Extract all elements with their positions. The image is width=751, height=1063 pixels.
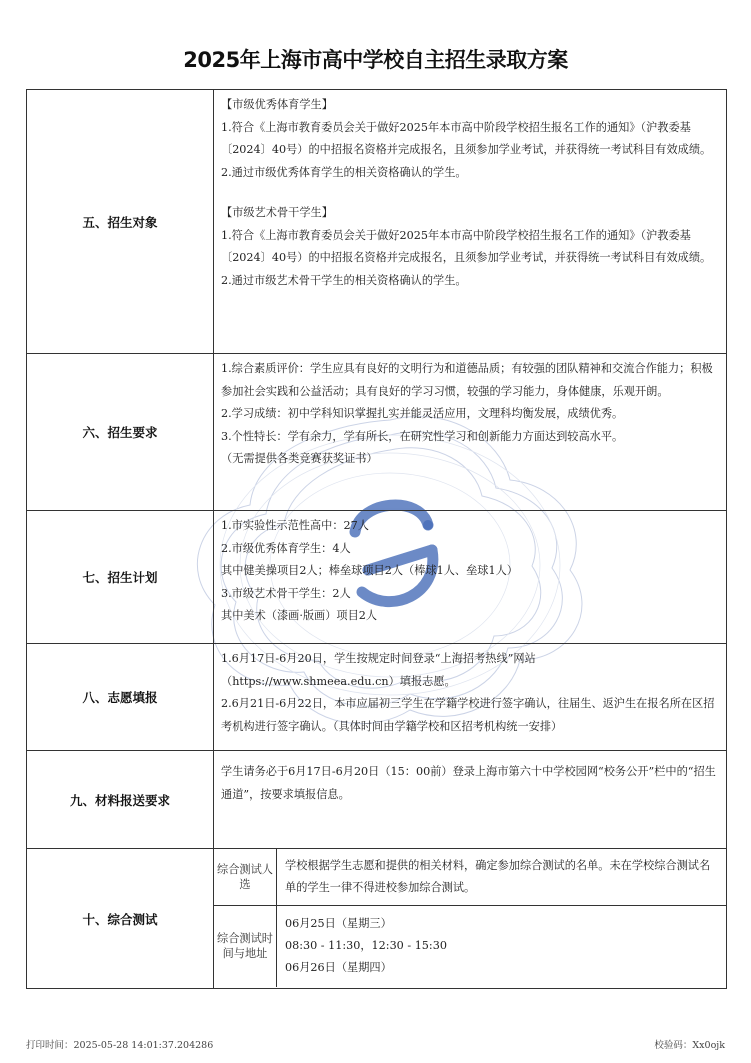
content-line: 08:30 - 11:30，12:30 - 15:30 bbox=[285, 935, 718, 957]
section-label: 六、招生要求 bbox=[27, 354, 214, 511]
section-row-application: 八、志愿填报 1.6月17日-6月20日，学生按规定时间登录“上海招考热线”网站… bbox=[27, 644, 727, 751]
content-line: 3.个性特长：学有余力，学有所长，在研究性学习和创新能力方面达到较高水平。 bbox=[221, 426, 718, 449]
subrow-content: 学校根据学生志愿和提供的相关材料，确定参加综合测试的名单。未在学校综合测试名单的… bbox=[277, 849, 727, 905]
section-content: 【市级优秀体育学生】 1.符合《上海市教育委员会关于做好2025年本市高中阶段学… bbox=[214, 90, 727, 354]
section-row-enrollment-plan: 七、招生计划 1.市实验性示范性高中：27人 2.市级优秀体育学生：4人 其中健… bbox=[27, 511, 727, 644]
group-heading: 【市级艺术骨干学生】 bbox=[221, 202, 718, 225]
content-line: 3.市级艺术骨干学生：2人 bbox=[221, 583, 718, 606]
content-line: 06月25日（星期三） bbox=[285, 913, 718, 935]
content-line: （无需提供各类竞赛获奖证书） bbox=[221, 448, 718, 471]
comprehensive-test-subtable: 综合测试人选 学校根据学生志愿和提供的相关材料，确定参加综合测试的名单。未在学校… bbox=[214, 849, 726, 987]
content-line: 1.市实验性示范性高中：27人 bbox=[221, 515, 718, 538]
section-label: 九、材料报送要求 bbox=[27, 751, 214, 849]
admission-plan-table: 五、招生对象 【市级优秀体育学生】 1.符合《上海市教育委员会关于做好2025年… bbox=[26, 89, 727, 989]
content-line: 2.6月21日-6月22日，本市应届初三学生在学籍学校进行签字确认，往届生、返沪… bbox=[221, 693, 718, 738]
section-content: 1.6月17日-6月20日，学生按规定时间登录“上海招考热线”网站 （https… bbox=[214, 644, 727, 751]
section-content: 1.市实验性示范性高中：27人 2.市级优秀体育学生：4人 其中健美操项目2人；… bbox=[214, 511, 727, 644]
content-line: （https://www.shmeea.edu.cn）填报志愿。 bbox=[221, 671, 718, 694]
section-label: 八、志愿填报 bbox=[27, 644, 214, 751]
page-title: 2025年上海市高中学校自主招生录取方案 bbox=[0, 44, 751, 74]
content-line: 学生请务必于6月17日-6月20日（15：00前）登录上海市第六十中学校园网“校… bbox=[221, 761, 718, 806]
subrow-time-location: 综合测试时间与地址 06月25日（星期三） 08:30 - 11:30，12:3… bbox=[214, 905, 726, 987]
content-line: 2.通过市级优秀体育学生的相关资格确认的学生。 bbox=[221, 162, 718, 185]
content-line: 其中美术（漆画·版画）项目2人 bbox=[221, 605, 718, 628]
content-line: 2.学习成绩：初中学科知识掌握扎实并能灵活应用，文理科均衡发展，成绩优秀。 bbox=[221, 403, 718, 426]
subrow-content: 06月25日（星期三） 08:30 - 11:30，12:30 - 15:30 … bbox=[277, 905, 727, 987]
section-label: 七、招生计划 bbox=[27, 511, 214, 644]
content-line: 1.6月17日-6月20日，学生按规定时间登录“上海招考热线”网站 bbox=[221, 648, 718, 671]
print-time: 打印时间：2025-05-28 14:01:37.204286 bbox=[26, 1037, 213, 1051]
section-row-requirements: 六、招生要求 1.综合素质评价：学生应具有良好的文明行为和道德品质；有较强的团队… bbox=[27, 354, 727, 511]
content-line: 其中健美操项目2人；棒垒球项目2人（棒球1人、垒球1人） bbox=[221, 560, 718, 583]
check-code: 校验码：Xx0ojk bbox=[654, 1037, 725, 1051]
content-line: 2.通过市级艺术骨干学生的相关资格确认的学生。 bbox=[221, 270, 718, 293]
content-line: 学校根据学生志愿和提供的相关材料，确定参加综合测试的名单。未在学校综合测试名单的… bbox=[285, 855, 718, 899]
content-line: 1.符合《上海市教育委员会关于做好2025年本市高中阶段学校招生报名工作的通知》… bbox=[221, 117, 718, 162]
content-line: 06月26日（星期四） bbox=[285, 957, 718, 979]
section-row-comprehensive-test: 十、综合测试 综合测试人选 学校根据学生志愿和提供的相关材料，确定参加综合测试的… bbox=[27, 849, 727, 989]
group-heading: 【市级优秀体育学生】 bbox=[221, 94, 718, 117]
section-content: 学生请务必于6月17日-6月20日（15：00前）登录上海市第六十中学校园网“校… bbox=[214, 751, 727, 849]
section-content: 1.综合素质评价：学生应具有良好的文明行为和道德品质；有较强的团队精神和交流合作… bbox=[214, 354, 727, 511]
section-content: 综合测试人选 学校根据学生志愿和提供的相关材料，确定参加综合测试的名单。未在学校… bbox=[214, 849, 727, 989]
section-label: 五、招生对象 bbox=[27, 90, 214, 354]
subrow-label: 综合测试时间与地址 bbox=[214, 905, 277, 987]
section-label: 十、综合测试 bbox=[27, 849, 214, 989]
content-line: 1.综合素质评价：学生应具有良好的文明行为和道德品质；有较强的团队精神和交流合作… bbox=[221, 358, 718, 403]
section-row-target-students: 五、招生对象 【市级优秀体育学生】 1.符合《上海市教育委员会关于做好2025年… bbox=[27, 90, 727, 354]
subrow-label: 综合测试人选 bbox=[214, 849, 277, 905]
subrow-candidates: 综合测试人选 学校根据学生志愿和提供的相关材料，确定参加综合测试的名单。未在学校… bbox=[214, 849, 726, 905]
section-row-materials: 九、材料报送要求 学生请务必于6月17日-6月20日（15：00前）登录上海市第… bbox=[27, 751, 727, 849]
content-line: 1.符合《上海市教育委员会关于做好2025年本市高中阶段学校招生报名工作的通知》… bbox=[221, 225, 718, 270]
content-line: 2.市级优秀体育学生：4人 bbox=[221, 538, 718, 561]
